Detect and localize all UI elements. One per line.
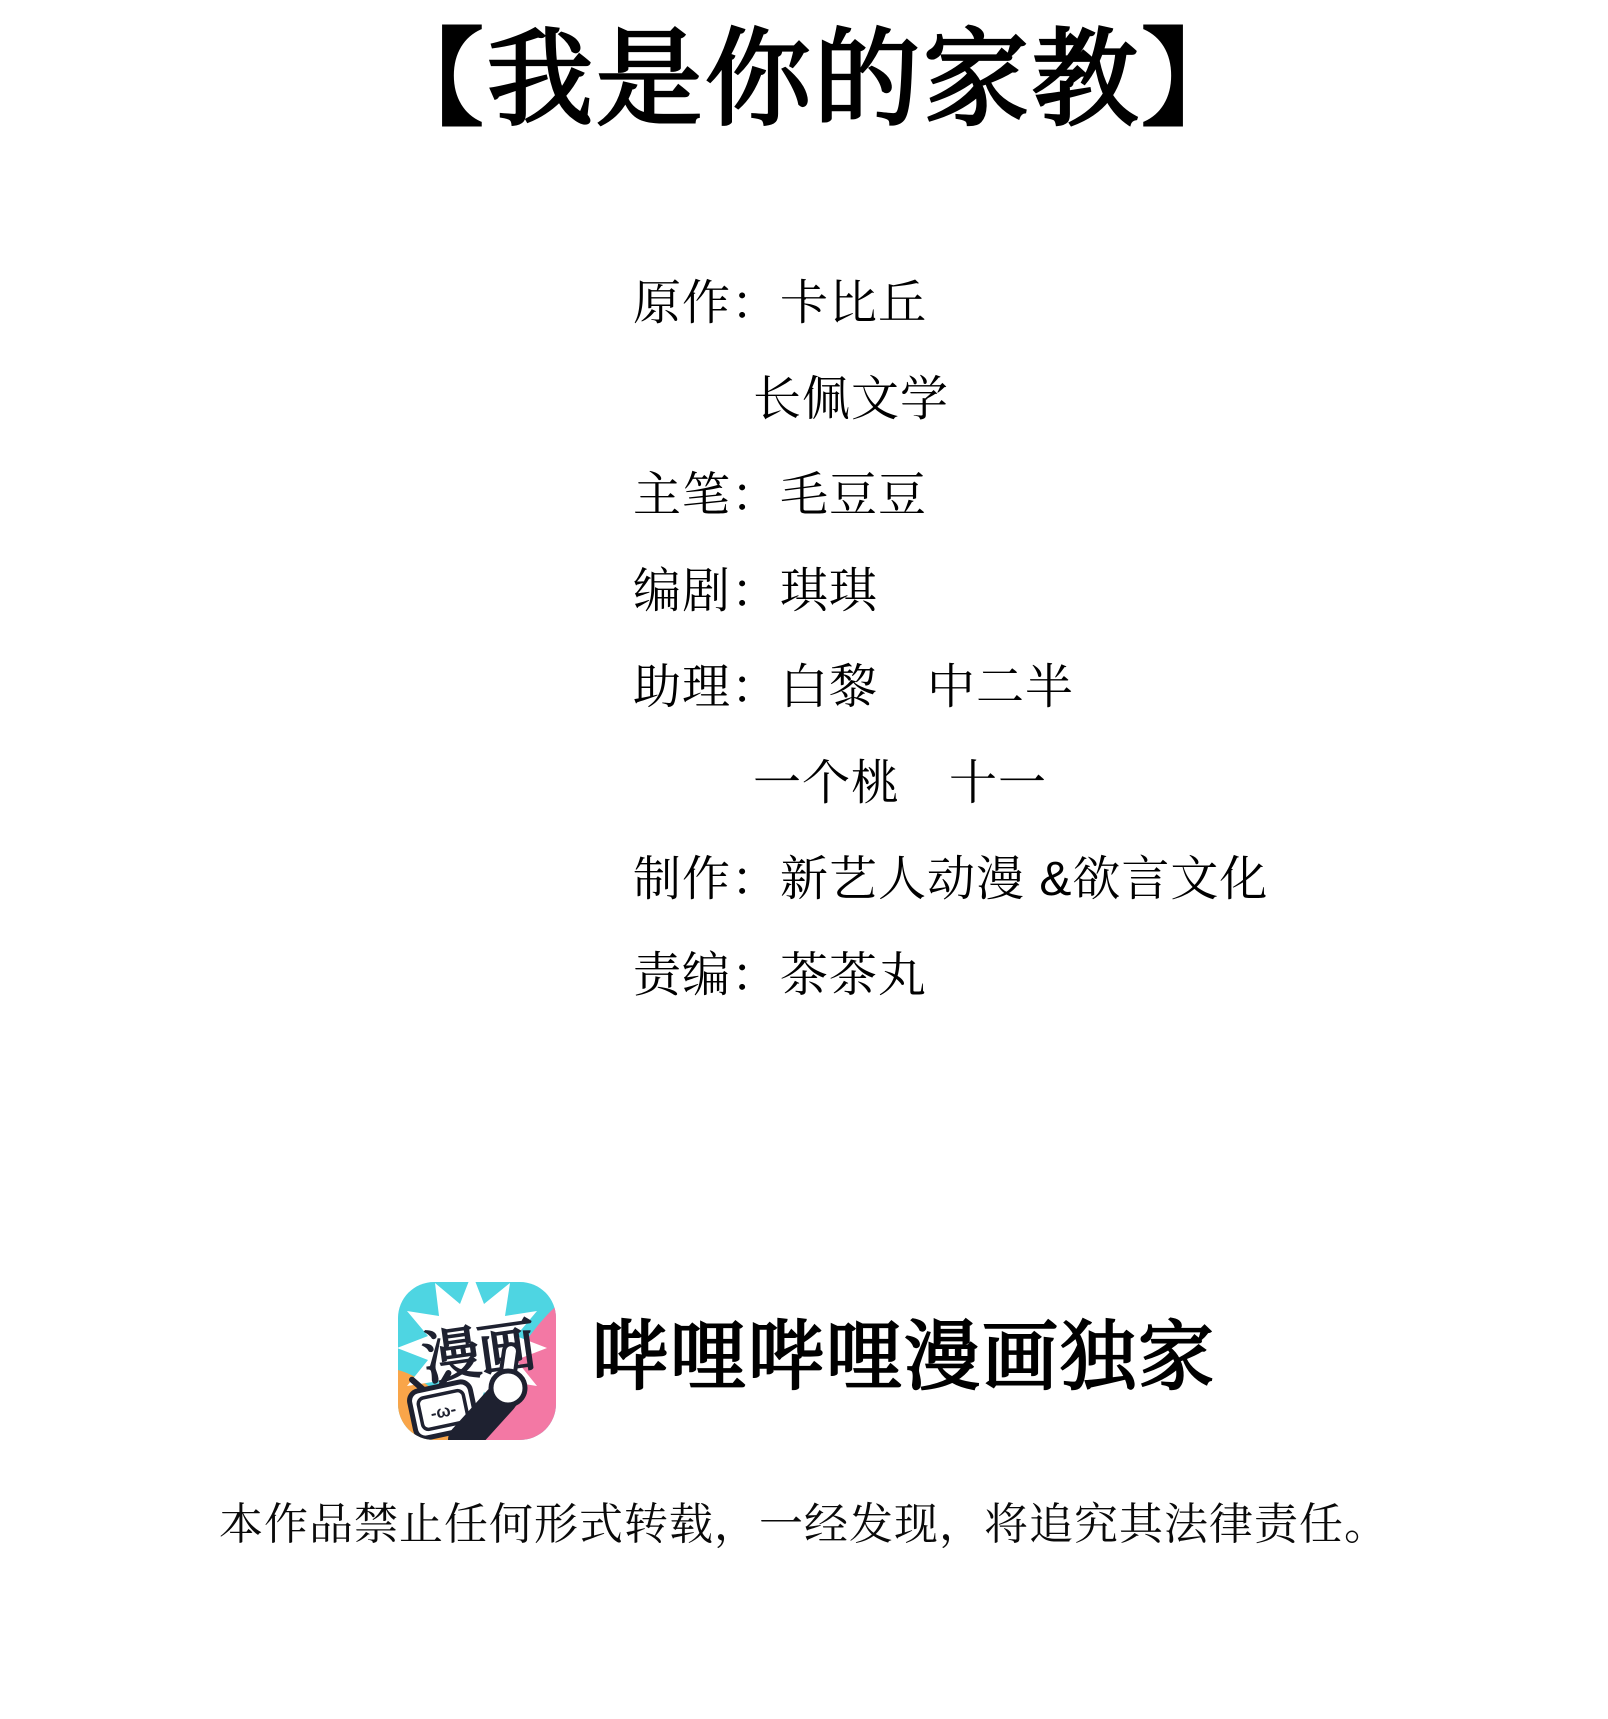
brand-exclusive-wordmark: 哔哩哔哩漫画独家: [592, 1312, 1216, 1404]
page-title: 【我是你的家教】: [378, 10, 1250, 150]
credit-line-original-source: 长佩文学: [753, 352, 1268, 448]
credit-line-production: 制作：新艺人动漫 &欲言文化: [633, 832, 1268, 928]
credit-line-assistants-1: 助理：白黎 中二半: [633, 640, 1268, 736]
credit-line-main-artist: 主笔：毛豆豆: [633, 448, 1268, 544]
credit-line-assistants-2: 一个桃 十一: [753, 736, 1268, 832]
manga-credits-page: 【我是你的家教】 原作：卡比丘 长佩文学 主笔：毛豆豆 编剧：琪琪 助理：白黎 …: [0, 0, 1608, 1719]
credit-line-original-author: 原作：卡比丘: [633, 256, 1268, 352]
bilibili-manga-app-icon: 漫画 -ω-: [398, 1282, 556, 1440]
copyright-disclaimer: 本作品禁止任何形式转载，一经发现，将追究其法律责任。: [0, 1488, 1608, 1552]
credit-line-screenwriter: 编剧：琪琪: [633, 544, 1268, 640]
credit-line-editor: 责编：茶茶丸: [633, 928, 1268, 1024]
credits-list: 原作：卡比丘 长佩文学 主笔：毛豆豆 编剧：琪琪 助理：白黎 中二半 一个桃 十…: [633, 256, 1268, 1024]
